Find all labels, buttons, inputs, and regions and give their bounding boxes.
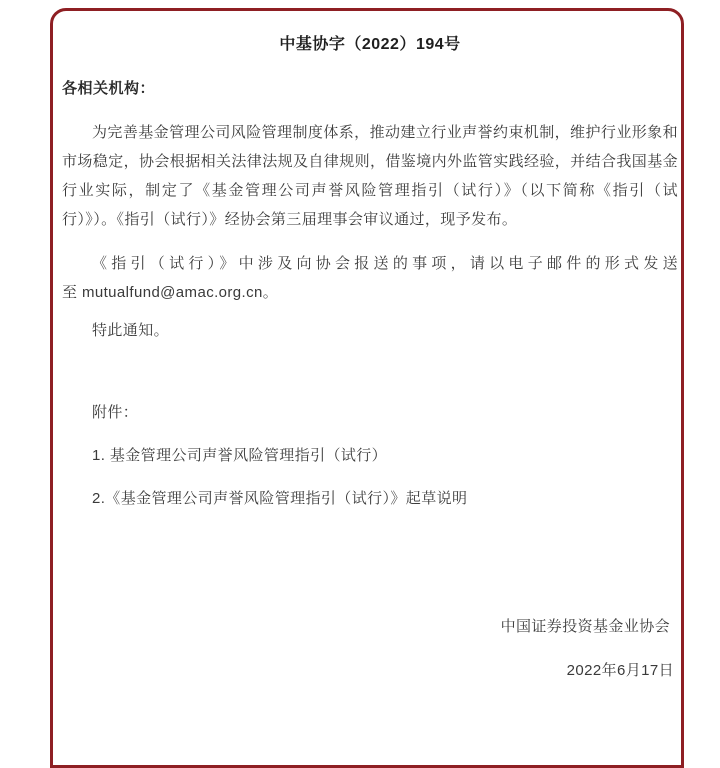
salutation: 各相关机构： bbox=[62, 79, 678, 99]
issuer-signature: 中国证券投资基金业协会 bbox=[62, 612, 678, 641]
email-address: 至 mutualfund@amac.org.cn。 bbox=[62, 284, 278, 301]
attachment-item-1: 1. 基金管理公司声誉风险管理指引（试行） bbox=[62, 441, 678, 470]
document-border-frame: 中基协字（2022）194号 各相关机构： 为完善基金管理公司风险管理制度体系，… bbox=[50, 8, 684, 695]
document-content: 中基协字（2022）194号 各相关机构： 为完善基金管理公司风险管理制度体系，… bbox=[53, 35, 681, 685]
doc-number-title: 中基协字（2022）194号 bbox=[62, 35, 678, 55]
body-paragraph-2: 《指引（试行）》中涉及向协会报送的事项，请以电子邮件的形式发送至 mutualf… bbox=[62, 249, 678, 307]
issue-date: 2022年6月17日 bbox=[62, 656, 678, 685]
notice-line: 特此通知。 bbox=[62, 316, 678, 345]
body-paragraph-1: 为完善基金管理公司风险管理制度体系，推动建立行业声誉约束机制，维护行业形象和市场… bbox=[62, 118, 678, 234]
body-paragraph-2-text: 《指引（试行）》中涉及向协会报送的事项，请以电子邮件的形式发送 bbox=[92, 255, 678, 272]
attachment-item-2: 2.《基金管理公司声誉风险管理指引（试行）》起草说明 bbox=[62, 484, 678, 513]
attachments-label: 附件： bbox=[62, 398, 678, 427]
